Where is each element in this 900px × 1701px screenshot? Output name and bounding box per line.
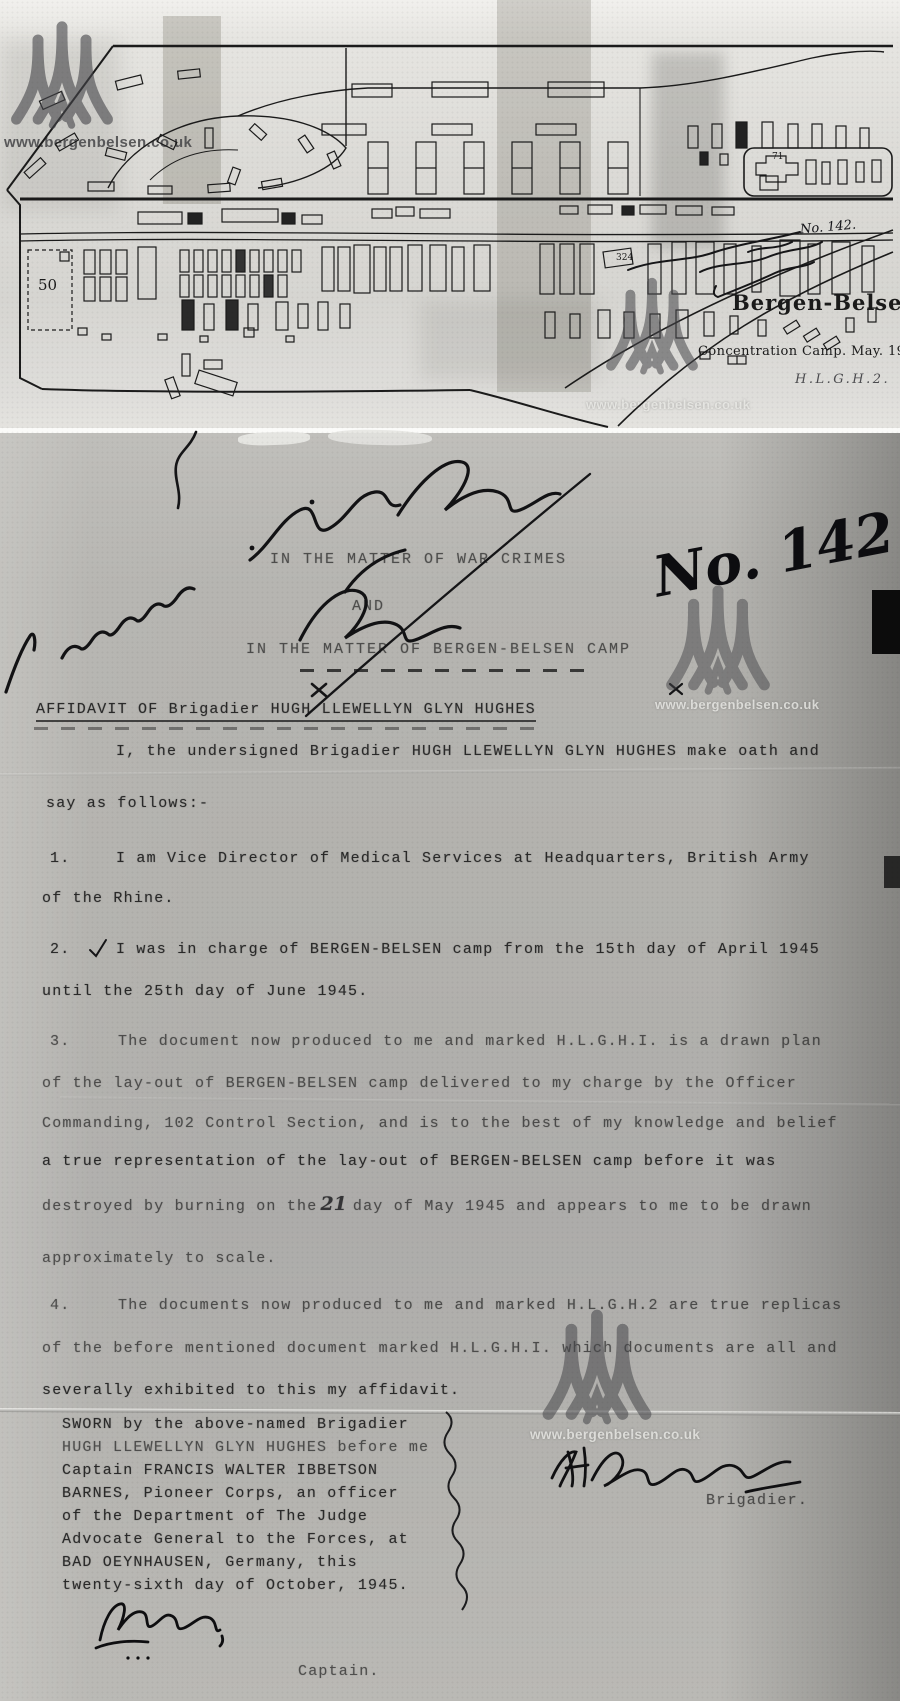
camp-plan-drawing bbox=[7, 46, 893, 427]
watermark-logo-doc-upper bbox=[672, 591, 765, 691]
watermark-logo-map-right bbox=[611, 283, 693, 372]
doc-header-scrawl bbox=[6, 462, 560, 692]
hughes-signature bbox=[552, 1448, 800, 1492]
ink-and-map-overlay bbox=[0, 0, 900, 1701]
jurat-bracket bbox=[444, 1412, 467, 1610]
barnes-signature bbox=[96, 1604, 223, 1660]
watermark-logo-map-left bbox=[16, 27, 107, 125]
watermark-logo-doc-lower bbox=[548, 1316, 645, 1421]
ink-marks bbox=[90, 432, 682, 956]
scanned-affidavit-page: 50 324 71 No. 142. Bergen-Belsen. Concen… bbox=[0, 0, 900, 1701]
